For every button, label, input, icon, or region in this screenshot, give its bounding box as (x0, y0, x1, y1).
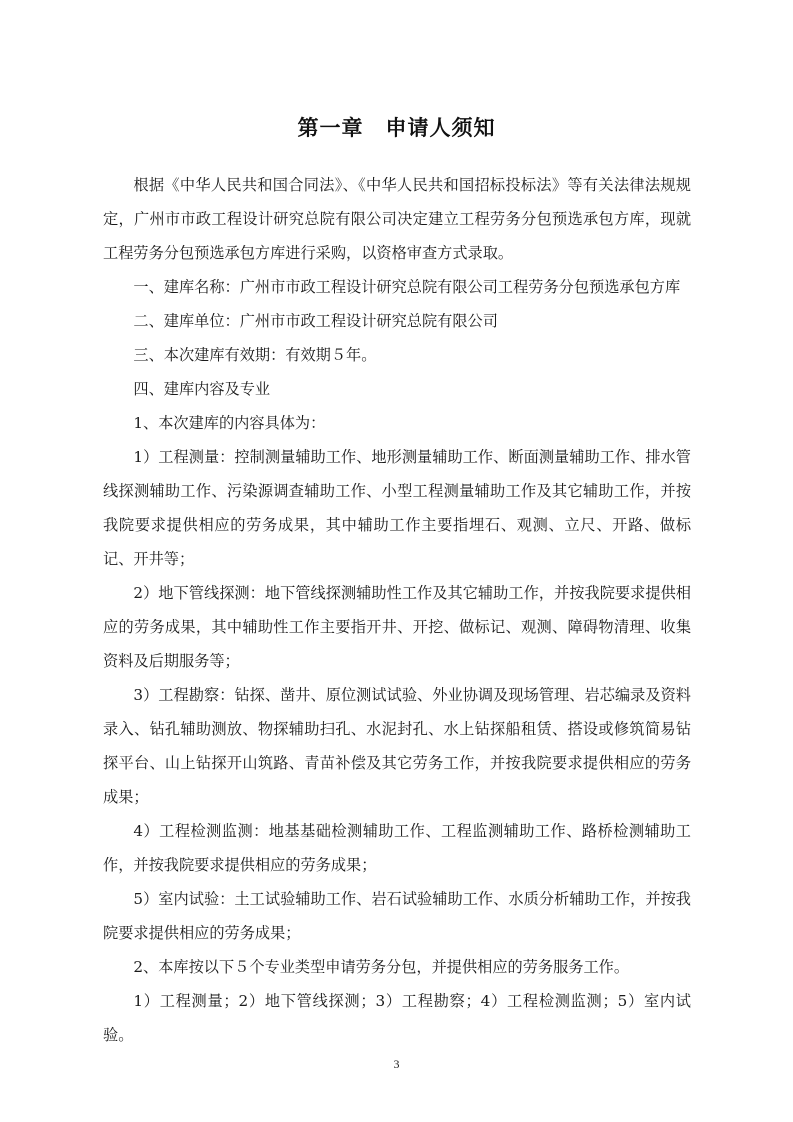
item-geotechnical-investigation: 3）工程勘察：钻探、凿井、原位测试试验、外业协调及现场管理、岩芯编录及资料录入、… (103, 678, 691, 814)
chapter-heading: 申请人须知 (386, 116, 496, 140)
chapter-title: 第一章申请人须知 (0, 112, 793, 142)
item-inspection-monitoring: 4）工程检测监测：地基基础检测辅助工作、工程监测辅助工作、路桥检测辅助工作，并按… (103, 814, 691, 882)
item-underground-pipeline: 2）地下管线探测：地下管线探测辅助性工作及其它辅助工作，并按我院要求提供相应的劳… (103, 576, 691, 678)
item-laboratory-test: 5）室内试验：土工试验辅助工作、岩石试验辅助工作、水质分析辅助工作，并按我院要求… (103, 882, 691, 950)
document-page: 第一章申请人须知 根据《中华人民共和国合同法》、《中华人民共和国招标投标法》等有… (0, 0, 793, 1122)
page-number: 3 (0, 1057, 793, 1072)
chapter-number: 第一章 (298, 116, 364, 140)
content-subheading: 1、本次建库的内容具体为： (103, 406, 691, 440)
section-content-heading: 四、建库内容及专业 (103, 372, 691, 406)
section-validity-period: 三、本次建库有效期：有效期５年。 (103, 338, 691, 372)
document-body: 根据《中华人民共和国合同法》、《中华人民共和国招标投标法》等有关法律法规规定，广… (103, 168, 691, 1052)
item-engineering-survey: 1）工程测量：控制测量辅助工作、地形测量辅助工作、断面测量辅助工作、排水管线探测… (103, 440, 691, 576)
specialty-types-paragraph: 2、本库按以下５个专业类型申请劳务分包，并提供相应的劳务服务工作。 (103, 950, 691, 984)
specialty-types-list: 1）工程测量；2）地下管线探测；3）工程勘察；4）工程检测监测；5）室内试验。 (103, 984, 691, 1052)
intro-paragraph: 根据《中华人民共和国合同法》、《中华人民共和国招标投标法》等有关法律法规规定，广… (103, 168, 691, 270)
section-library-unit: 二、建库单位：广州市市政工程设计研究总院有限公司 (103, 304, 691, 338)
section-library-name: 一、建库名称：广州市市政工程设计研究总院有限公司工程劳务分包预选承包方库 (103, 270, 691, 304)
